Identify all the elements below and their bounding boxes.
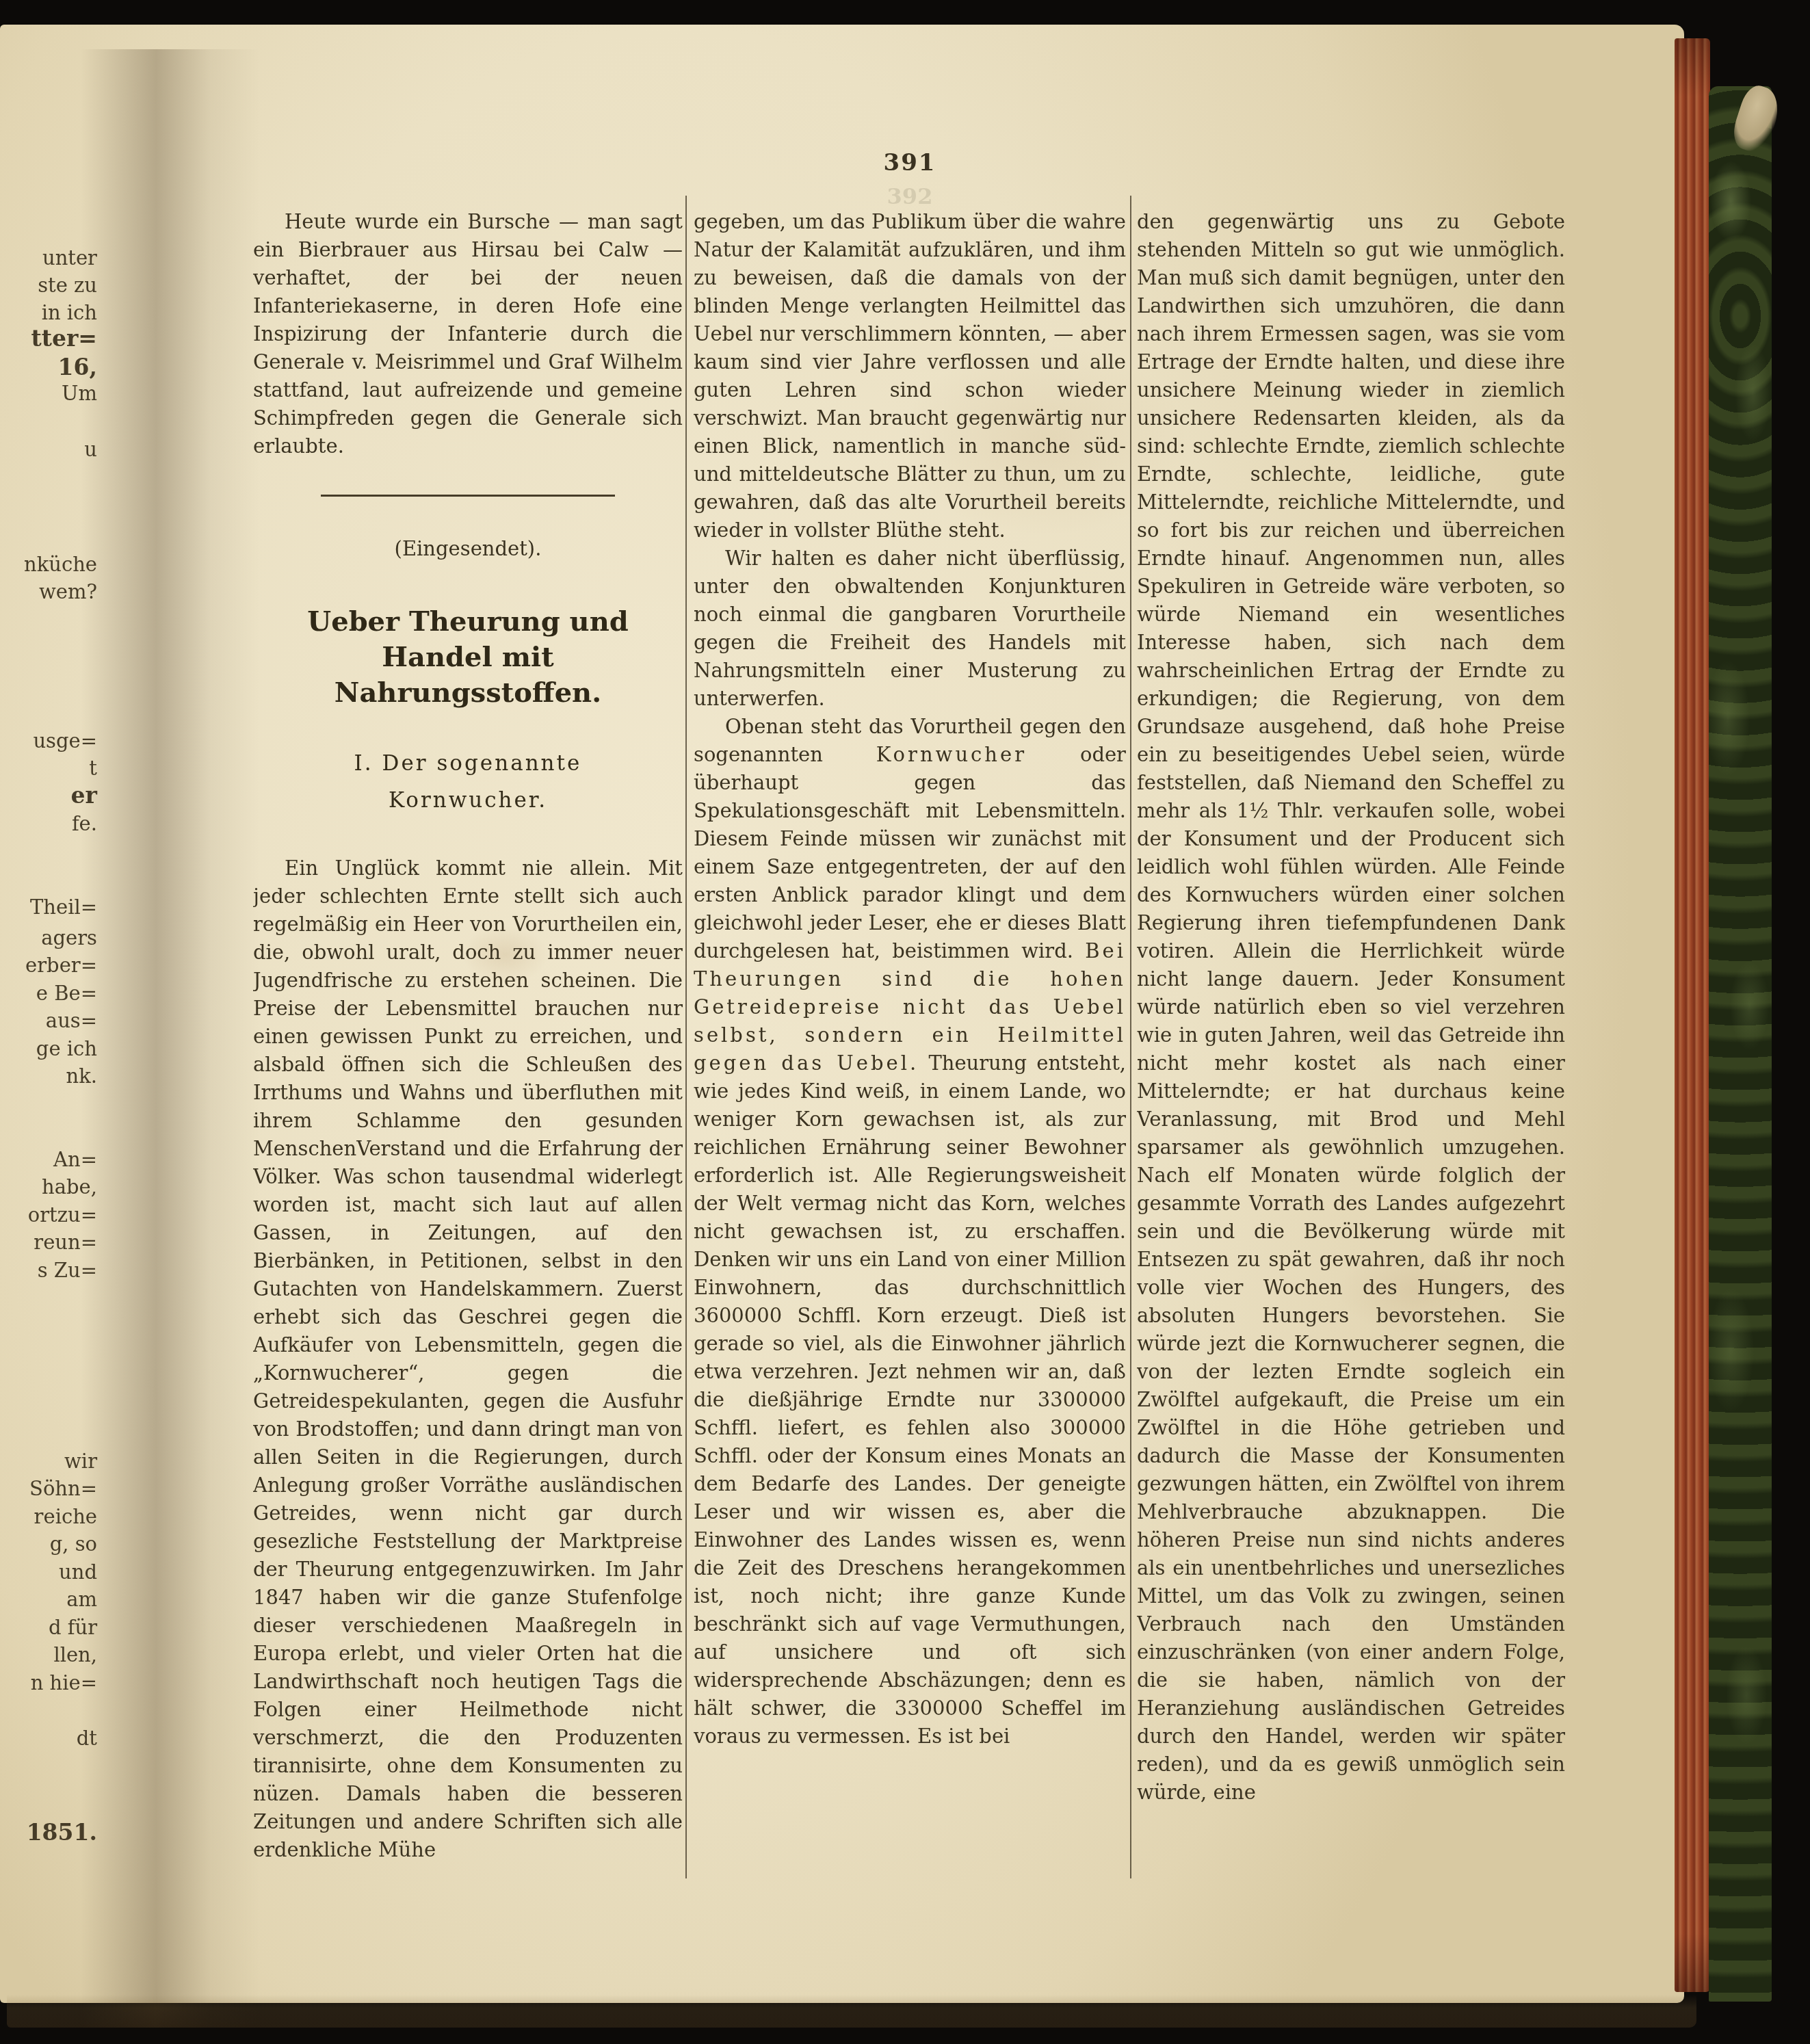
body-paragraph: Heute wurde ein Bursche — man sagt ein B… — [253, 208, 683, 460]
scanned-book-photo: { "page": { "number": "391", "ghost_numb… — [0, 0, 1810, 2044]
text-run: Theurung entsteht, wie jedes Kind weiß, … — [694, 1051, 1126, 1748]
column-divider-rule-2 — [1130, 196, 1131, 1878]
text-column-3: den gegenwärtig uns zu Gebote stehenden … — [1137, 208, 1565, 1918]
body-paragraph: Obenan steht das Vorurtheil gegen den so… — [694, 713, 1126, 1751]
marbled-cover-board — [1709, 86, 1772, 2002]
section-subtitle: I. Der sogenannte Kornwucher. — [283, 745, 653, 819]
text-column-2: gegeben, um das Publikum über die wahre … — [694, 208, 1126, 1918]
ghost-page-number: 392 — [841, 183, 978, 209]
book-fore-edge-red — [1675, 38, 1710, 1992]
page-bottom-edge-shadow — [7, 1995, 1696, 2028]
text-column-1: Heute wurde ein Bursche — man sagt ein B… — [253, 208, 683, 1918]
book-page: unterste zuin ichtter=16,Umunküchewem?us… — [0, 25, 1684, 2003]
column-divider-rule-1 — [685, 196, 687, 1878]
body-paragraph: Ein Unglück kommt nie allein. Mit jeder … — [253, 854, 683, 1864]
page-fold-shadow — [81, 49, 260, 2028]
body-paragraph: Wir halten es daher nicht überflüssig, u… — [694, 545, 1126, 713]
article-title: Ueber Theurung und Handel mit Nahrungsst… — [253, 604, 683, 711]
body-paragraph: gegeben, um das Publikum über die wahre … — [694, 208, 1126, 545]
section-divider — [321, 495, 615, 497]
page-number: 391 — [841, 149, 978, 176]
submission-note: (Eingesendet). — [253, 535, 683, 563]
body-paragraph: den gegenwärtig uns zu Gebote stehenden … — [1137, 208, 1565, 1807]
text-run: oder überhaupt gegen das Spekulationsges… — [694, 743, 1126, 962]
emphasized-text: Kornwucher — [876, 743, 1027, 766]
